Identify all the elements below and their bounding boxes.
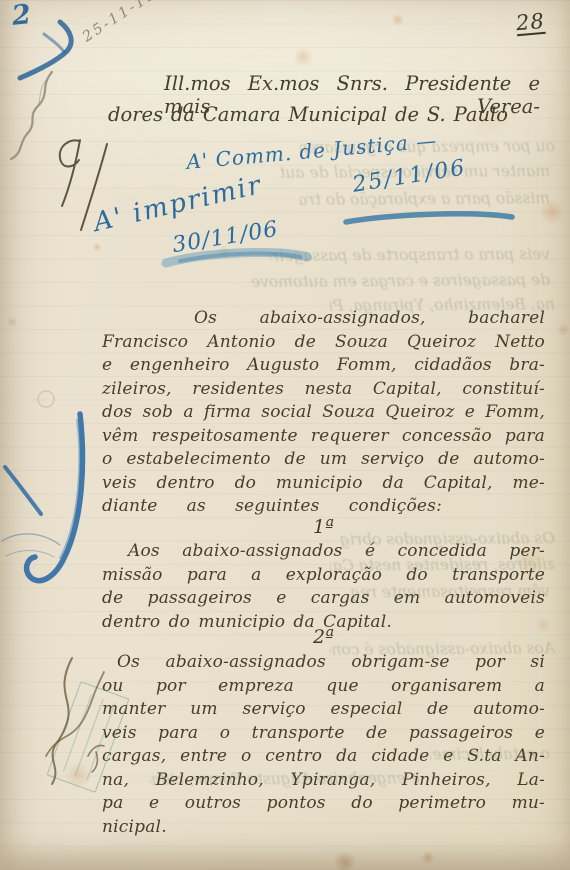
manuscript-line: zileiros, residentes nesta Capital, cons… xyxy=(102,379,545,403)
manuscript-line: vêm respeitosamente requerer concessão p… xyxy=(102,426,545,450)
manuscript-page: ou por empreza que organisarem a manter … xyxy=(0,0,570,870)
manuscript-line: o estabelecimento de um serviço de autom… xyxy=(102,449,545,473)
manuscript-line: pa e outros pontos do perimetro mu- xyxy=(102,793,545,817)
manuscript-line: manter um serviço especial de automo- xyxy=(102,699,545,723)
clause-1-label: 1ª xyxy=(102,516,545,538)
manuscript-line: na, Belemzinho, Ypiranga, Pinheiros, La- xyxy=(102,770,545,794)
clause-2-label: 2ª xyxy=(102,626,545,648)
petition-clause-1: Aos abaixo-assignados é concedida per- m… xyxy=(102,541,545,635)
manuscript-line: e engenheiro Augusto Fomm, cidadãos bra- xyxy=(102,355,545,379)
ghost-showthrough-line: de passageiros e cargas em automoveis xyxy=(250,271,550,293)
manuscript-line: ou por empreza que organisarem a xyxy=(102,676,545,700)
ghost-showthrough-line: veis para o transporte de passageiros e xyxy=(270,245,550,267)
salutation-line: Ill.mos Ex.mos Snrs. Presidente e mais V… xyxy=(108,72,540,103)
petition-opening-paragraph: Os abaixo-assignados, bacharel Francisco… xyxy=(102,308,545,520)
manuscript-line: dos sob a firma social Souza Queiroz e F… xyxy=(102,402,545,426)
manuscript-line: nicipal. xyxy=(102,817,545,841)
manuscript-line: veis dentro do municipio da Capital, me- xyxy=(102,473,545,497)
pencil-signature-squiggle xyxy=(11,72,52,159)
manuscript-line: Francisco Antonio de Souza Queiroz Netto xyxy=(102,332,545,356)
manuscript-line: missão para a exploração do transporte xyxy=(102,565,545,589)
manuscript-line: de passageiros e cargas em automoveis xyxy=(102,588,545,612)
dispatch-print-date: 30/11/06 xyxy=(171,217,280,258)
manuscript-line: cargas, entre o centro da cidade e S.ta … xyxy=(102,746,545,770)
blue-underline-swash xyxy=(346,214,512,222)
manuscript-line: veis para o transporte de passageiros e xyxy=(102,723,545,747)
manuscript-line: Os abaixo-assignados, bacharel xyxy=(102,308,545,332)
folio-number: 28 xyxy=(515,9,546,35)
ghost-showthrough-line: missão para a exploração do transporte xyxy=(300,189,550,211)
blue-corner-number: 2 xyxy=(10,0,32,32)
salutation: Ill.mos Ex.mos Snrs. Presidente e mais V… xyxy=(108,72,540,134)
embossed-ring-mark xyxy=(38,391,54,407)
petition-clause-2: Os abaixo-assignados obrigam-se por si o… xyxy=(102,652,545,840)
margin-blue-flourish xyxy=(2,414,82,581)
salutation-line: dores da Camara Municipal de S. Paulo xyxy=(108,103,508,134)
manuscript-line: Os abaixo-assignados obrigam-se por si xyxy=(102,652,545,676)
manuscript-line: Aos abaixo-assignados é concedida per- xyxy=(102,541,545,565)
pencil-received-date: 25-11-1906 xyxy=(80,0,180,45)
